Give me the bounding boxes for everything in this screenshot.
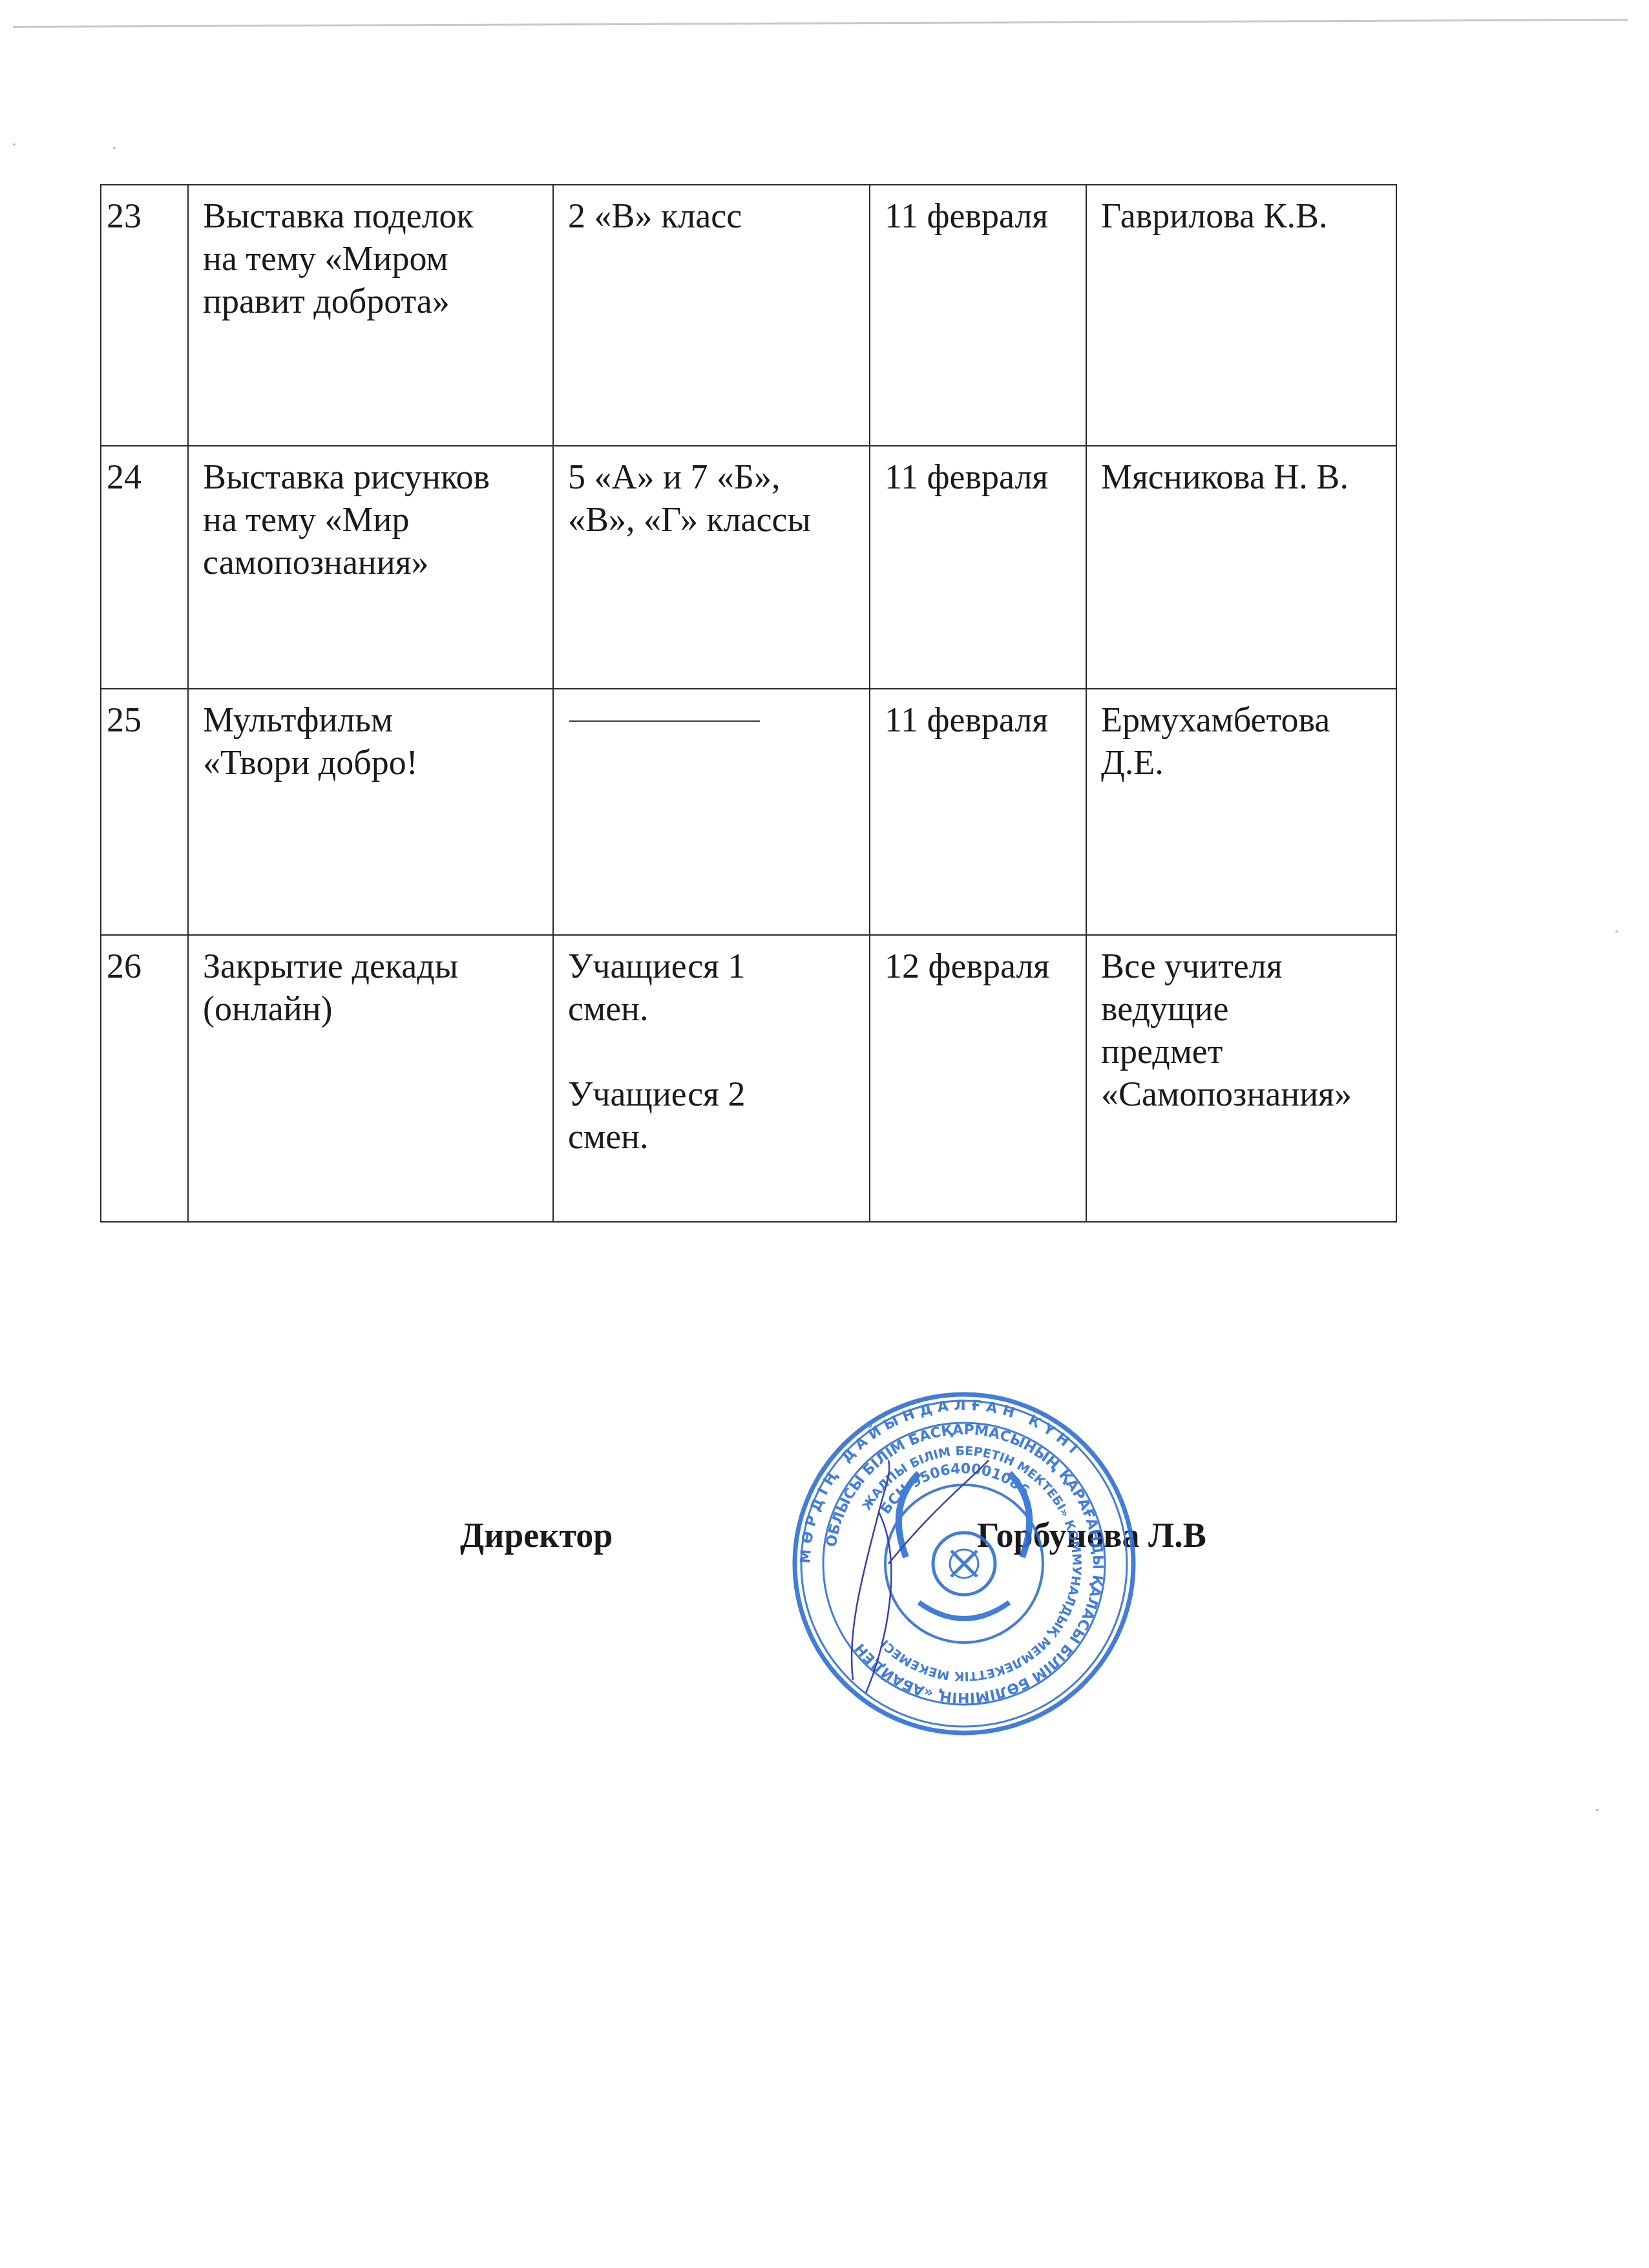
row-number: 26 bbox=[101, 935, 188, 1222]
row-number: 24 bbox=[101, 446, 188, 689]
date-cell: 11 февраля bbox=[870, 689, 1086, 935]
table-row: 24Выставка рисунковна тему «Мирсамопозна… bbox=[101, 446, 1396, 689]
event-cell: Мультфильм«Твори добро! bbox=[188, 689, 553, 935]
date-cell: 11 февраля bbox=[870, 185, 1086, 446]
scan-speck bbox=[13, 143, 16, 145]
event-cell: Закрытие декады(онлайн) bbox=[188, 935, 553, 1222]
participants-cell: 2 «В» класс bbox=[553, 185, 870, 446]
scan-edge bbox=[13, 19, 1628, 28]
responsible-cell: Мясникова Н. В. bbox=[1086, 446, 1396, 689]
table-row: 23Выставка поделокна тему «Миромправит д… bbox=[101, 185, 1396, 446]
row-number: 23 bbox=[101, 185, 188, 446]
row-number: 25 bbox=[101, 689, 188, 935]
table-row: 25Мультфильм«Твори добро!11 февраляЕрмух… bbox=[101, 689, 1396, 935]
date-cell: 12 февраля bbox=[870, 935, 1086, 1222]
table-row: 26Закрытие декады(онлайн)Учащиеся 1смен.… bbox=[101, 935, 1396, 1222]
responsible-cell: ЕрмухамбетоваД.Е. bbox=[1086, 689, 1396, 935]
scan-speck bbox=[1615, 930, 1618, 932]
date-cell: 11 февраля bbox=[870, 446, 1086, 689]
handwritten-signature bbox=[840, 1434, 1034, 1706]
scan-speck bbox=[113, 147, 116, 149]
scan-speck bbox=[1596, 1809, 1599, 1811]
participants-cell: Учащиеся 1смен.Учащиеся 2смен. bbox=[553, 935, 870, 1222]
event-cell: Выставка поделокна тему «Миромправит доб… bbox=[188, 185, 553, 446]
empty-dash bbox=[569, 720, 760, 722]
event-cell: Выставка рисунковна тему «Мирсамопознани… bbox=[188, 446, 553, 689]
signatory-title: Директор bbox=[460, 1515, 613, 1555]
participants-cell bbox=[553, 689, 870, 935]
participants-cell: 5 «А» и 7 «Б»,«В», «Г» классы bbox=[553, 446, 870, 689]
events-table: 23Выставка поделокна тему «Миромправит д… bbox=[100, 184, 1397, 1223]
responsible-cell: Все учителяведущиепредмет«Самопознания» bbox=[1086, 935, 1396, 1222]
responsible-cell: Гаврилова К.В. bbox=[1086, 185, 1396, 446]
